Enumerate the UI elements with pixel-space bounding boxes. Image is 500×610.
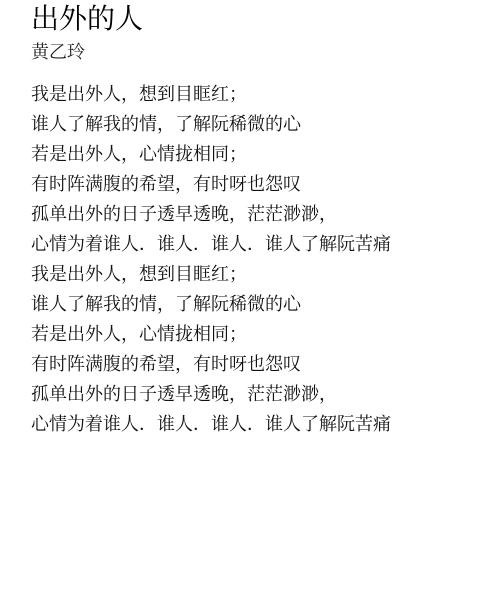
lyric-line: 心情为着谁人．谁人．谁人．谁人了解阮苦痛 [31, 410, 391, 440]
lyric-line: 若是出外人，心情拢相同； [31, 320, 391, 350]
lyric-line: 心情为着谁人．谁人．谁人．谁人了解阮苦痛 [31, 230, 391, 260]
lyric-line: 谁人了解我的情，了解阮稀微的心 [31, 110, 391, 140]
lyric-line: 有时阵满腹的希望，有时呀也怨叹 [31, 170, 391, 200]
artist-name: 黄乙玲 [31, 40, 85, 66]
lyric-line: 我是出外人，想到目眶红； [31, 260, 391, 290]
lyric-line: 我是出外人，想到目眶红； [31, 80, 391, 110]
lyrics-list: 我是出外人，想到目眶红； 谁人了解我的情，了解阮稀微的心 若是出外人，心情拢相同… [31, 80, 391, 440]
lyric-line: 谁人了解我的情，了解阮稀微的心 [31, 290, 391, 320]
song-title: 出外的人 [31, 0, 143, 38]
lyric-line: 有时阵满腹的希望，有时呀也怨叹 [31, 350, 391, 380]
lyric-line: 孤单出外的日子透早透晚，茫茫渺渺， [31, 200, 391, 230]
lyric-line: 若是出外人，心情拢相同； [31, 140, 391, 170]
lyric-line: 孤单出外的日子透早透晚，茫茫渺渺， [31, 380, 391, 410]
